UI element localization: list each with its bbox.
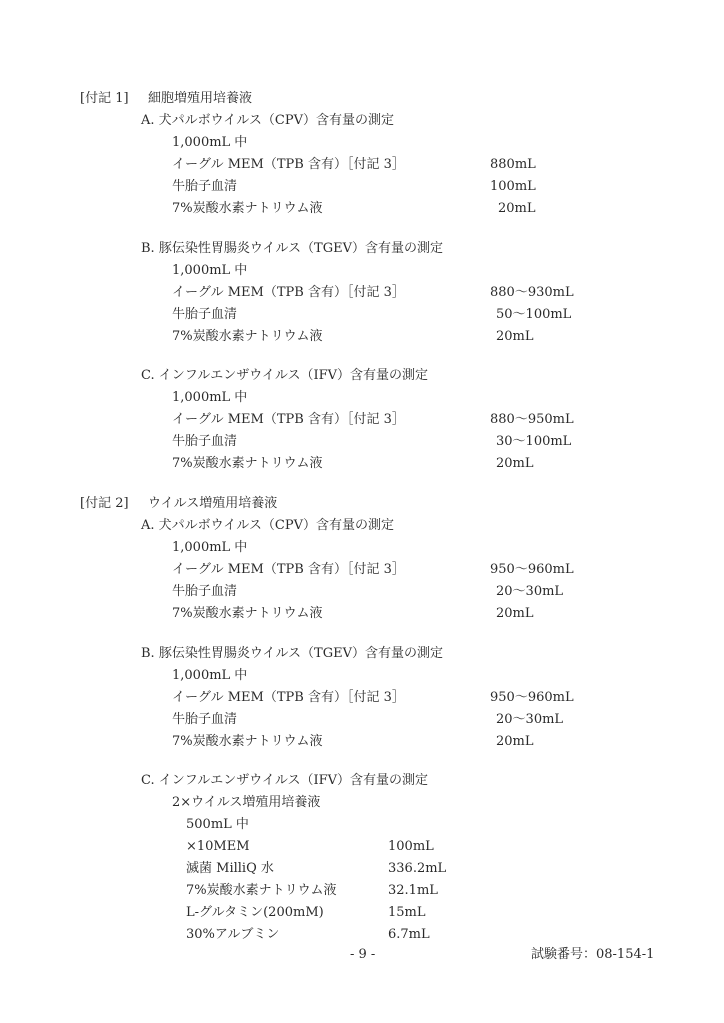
ingredient-amount: 30～100mL xyxy=(496,434,571,450)
appendix-tag: [付記 1] xyxy=(80,91,148,107)
subheading: 2×ウイルス増殖用培養液 xyxy=(172,795,320,811)
ingredient-amount: 20～30mL xyxy=(496,712,563,728)
basis-volume: 500mL 中 xyxy=(186,817,249,833)
basis-volume: 1,000mL 中 xyxy=(172,540,247,556)
ingredient-amount: 20mL xyxy=(498,201,536,217)
ingredient-amount: 20mL xyxy=(496,606,534,622)
ingredient-name: 牛胎子血清 xyxy=(172,434,237,450)
ingredient-name: 7%炭酸水素ナトリウム液 xyxy=(172,606,323,622)
basis-volume: 1,000mL 中 xyxy=(172,263,247,279)
ingredient-amount: 20mL xyxy=(496,329,534,345)
ingredient-amount: 100mL xyxy=(490,179,536,195)
section-heading: B. 豚伝染性胃腸炎ウイルス（TGEV）含有量の測定 xyxy=(141,241,443,257)
ingredient-amount: 6.7mL xyxy=(388,927,430,943)
appendix-2-title: [付記 2]ウイルス増殖用培養液 xyxy=(80,496,277,512)
ingredient-name: 牛胎子血清 xyxy=(172,179,237,195)
ingredient-amount: 20～30mL xyxy=(496,584,563,600)
ingredient-name: L-グルタミン(200mM) xyxy=(186,905,324,921)
ingredient-name: 7%炭酸水素ナトリウム液 xyxy=(172,734,323,750)
basis-volume: 1,000mL 中 xyxy=(172,135,247,151)
ingredient-amount: 950～960mL xyxy=(490,562,574,578)
ingredient-name: イーグル MEM（TPB 含有）［付記 3］ xyxy=(172,690,405,706)
page-number: - 9 - xyxy=(350,947,375,963)
test-number: 試験番号：08-154-1 xyxy=(531,947,654,963)
ingredient-amount: 50～100mL xyxy=(496,307,571,323)
section-heading: B. 豚伝染性胃腸炎ウイルス（TGEV）含有量の測定 xyxy=(141,646,443,662)
ingredient-amount: 20mL xyxy=(496,734,534,750)
ingredient-name: イーグル MEM（TPB 含有）［付記 3］ xyxy=(172,562,405,578)
ingredient-amount: 15mL xyxy=(388,905,426,921)
ingredient-amount: 100mL xyxy=(388,839,434,855)
ingredient-name: 7%炭酸水素ナトリウム液 xyxy=(172,456,323,472)
ingredient-amount: 20mL xyxy=(496,456,534,472)
ingredient-name: 7%炭酸水素ナトリウム液 xyxy=(172,201,323,217)
section-heading: C. インフルエンザウイルス（IFV）含有量の測定 xyxy=(141,368,428,384)
ingredient-amount: 880～950mL xyxy=(490,412,574,428)
ingredient-name: 7%炭酸水素ナトリウム液 xyxy=(172,329,323,345)
ingredient-name: イーグル MEM（TPB 含有）［付記 3］ xyxy=(172,285,405,301)
ingredient-amount: 32.1mL xyxy=(388,883,438,899)
appendix-name: 細胞増殖用培養液 xyxy=(148,91,252,106)
ingredient-name: イーグル MEM（TPB 含有）［付記 3］ xyxy=(172,157,405,173)
basis-volume: 1,000mL 中 xyxy=(172,668,247,684)
ingredient-amount: 880～930mL xyxy=(490,285,574,301)
ingredient-name: 30%アルブミン xyxy=(186,927,279,943)
basis-volume: 1,000mL 中 xyxy=(172,390,247,406)
ingredient-name: 牛胎子血清 xyxy=(172,307,237,323)
ingredient-name: ×10MEM xyxy=(186,839,250,855)
ingredient-amount: 880mL xyxy=(490,157,536,173)
section-heading: A. 犬パルボウイルス（CPV）含有量の測定 xyxy=(141,518,394,534)
section-heading: C. インフルエンザウイルス（IFV）含有量の測定 xyxy=(141,773,428,789)
appendix-1-title: [付記 1]細胞増殖用培養液 xyxy=(80,91,252,107)
ingredient-amount: 336.2mL xyxy=(388,861,446,877)
appendix-name: ウイルス増殖用培養液 xyxy=(148,496,277,511)
section-heading: A. 犬パルボウイルス（CPV）含有量の測定 xyxy=(141,113,394,129)
ingredient-name: イーグル MEM（TPB 含有）［付記 3］ xyxy=(172,412,405,428)
appendix-tag: [付記 2] xyxy=(80,496,148,512)
ingredient-name: 7%炭酸水素ナトリウム液 xyxy=(186,883,337,899)
ingredient-name: 牛胎子血清 xyxy=(172,712,237,728)
ingredient-amount: 950～960mL xyxy=(490,690,574,706)
ingredient-name: 滅菌 MilliQ 水 xyxy=(186,861,274,877)
ingredient-name: 牛胎子血清 xyxy=(172,584,237,600)
